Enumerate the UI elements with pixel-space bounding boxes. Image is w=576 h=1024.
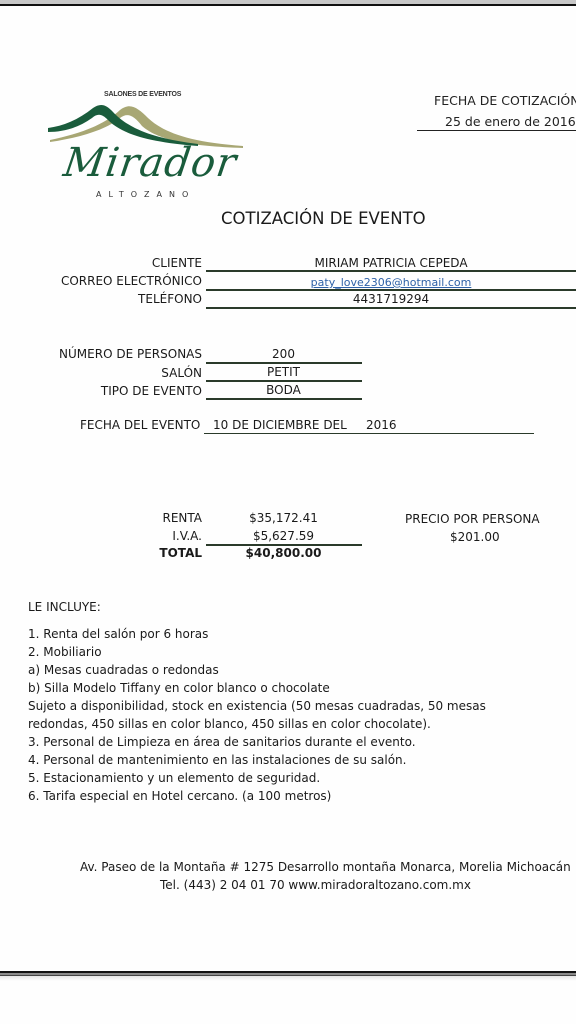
iva-label: I.V.A.: [120, 529, 202, 543]
footer-contact: Tel. (443) 2 04 01 70 www.miradoraltozan…: [160, 878, 471, 892]
quote-date-value: 25 de enero de 2016: [445, 114, 576, 129]
people-label: NÚMERO DE PERSONAS: [30, 347, 202, 361]
per-person-label: PRECIO POR PERSONA: [405, 512, 540, 526]
event-date-year: 2016: [366, 418, 397, 432]
page-bottom-border: [0, 971, 576, 981]
event-date-value: 10 DE DICIEMBRE DEL: [213, 418, 347, 432]
logo-subname: ALTOZANO: [96, 190, 195, 199]
document-title: COTIZACIÓN DE EVENTO: [221, 209, 426, 228]
client-underline: [206, 270, 576, 272]
include-note: redondas, 450 sillas en color blanco, 45…: [28, 717, 431, 731]
phone-value: 4431719294: [206, 292, 576, 306]
email-underline: [206, 289, 576, 291]
total-label: TOTAL: [120, 546, 202, 560]
rent-value: $35,172.41: [206, 511, 361, 525]
people-underline: [206, 362, 362, 364]
footer-address: Av. Paseo de la Montaña # 1275 Desarroll…: [80, 860, 571, 874]
include-item: 4. Personal de mantenimiento en las inst…: [28, 753, 406, 767]
iva-value: $5,627.59: [206, 529, 361, 543]
logo-tagline: SALONES DE EVENTOS: [104, 91, 181, 98]
email-label: CORREO ELECTRÓNICO: [40, 274, 202, 288]
includes-heading: LE INCLUYE:: [28, 600, 101, 614]
event-date-label: FECHA DEL EVENTO: [80, 418, 200, 432]
event-date-underline: [204, 433, 534, 434]
include-item: b) Silla Modelo Tiffany en color blanco …: [28, 681, 330, 695]
include-item: 5. Estacionamiento y un elemento de segu…: [28, 771, 320, 785]
quote-date-underline: [417, 130, 576, 131]
phone-label: TELÉFONO: [60, 292, 202, 306]
phone-underline: [206, 307, 576, 309]
include-item: 2. Mobiliario: [28, 645, 102, 659]
include-item: 3. Personal de Limpieza en área de sanit…: [28, 735, 416, 749]
salon-value: PETIT: [206, 365, 361, 379]
client-label: CLIENTE: [60, 256, 202, 270]
client-value: MIRIAM PATRICIA CEPEDA: [206, 256, 576, 270]
include-item: a) Mesas cuadradas o redondas: [28, 663, 219, 677]
total-value: $40,800.00: [206, 546, 361, 560]
page-top-rule: [0, 4, 576, 6]
event-type-label: TIPO DE EVENTO: [60, 384, 202, 398]
include-item: 1. Renta del salón por 6 horas: [28, 627, 208, 641]
rent-label: RENTA: [120, 511, 202, 525]
salon-underline: [206, 380, 362, 382]
per-person-value: $201.00: [450, 530, 500, 544]
event-type-value: BODA: [206, 383, 361, 397]
logo-name: Mirador: [61, 140, 240, 186]
email-link[interactable]: paty_love2306@hotmail.com: [311, 276, 472, 289]
people-value: 200: [206, 347, 361, 361]
salon-label: SALÓN: [60, 366, 202, 380]
quote-date-label: FECHA DE COTIZACIÓN: [434, 93, 576, 108]
include-note: Sujeto a disponibilidad, stock en existe…: [28, 699, 486, 713]
event-type-underline: [206, 398, 362, 400]
include-item: 6. Tarifa especial en Hotel cercano. (a …: [28, 789, 331, 803]
